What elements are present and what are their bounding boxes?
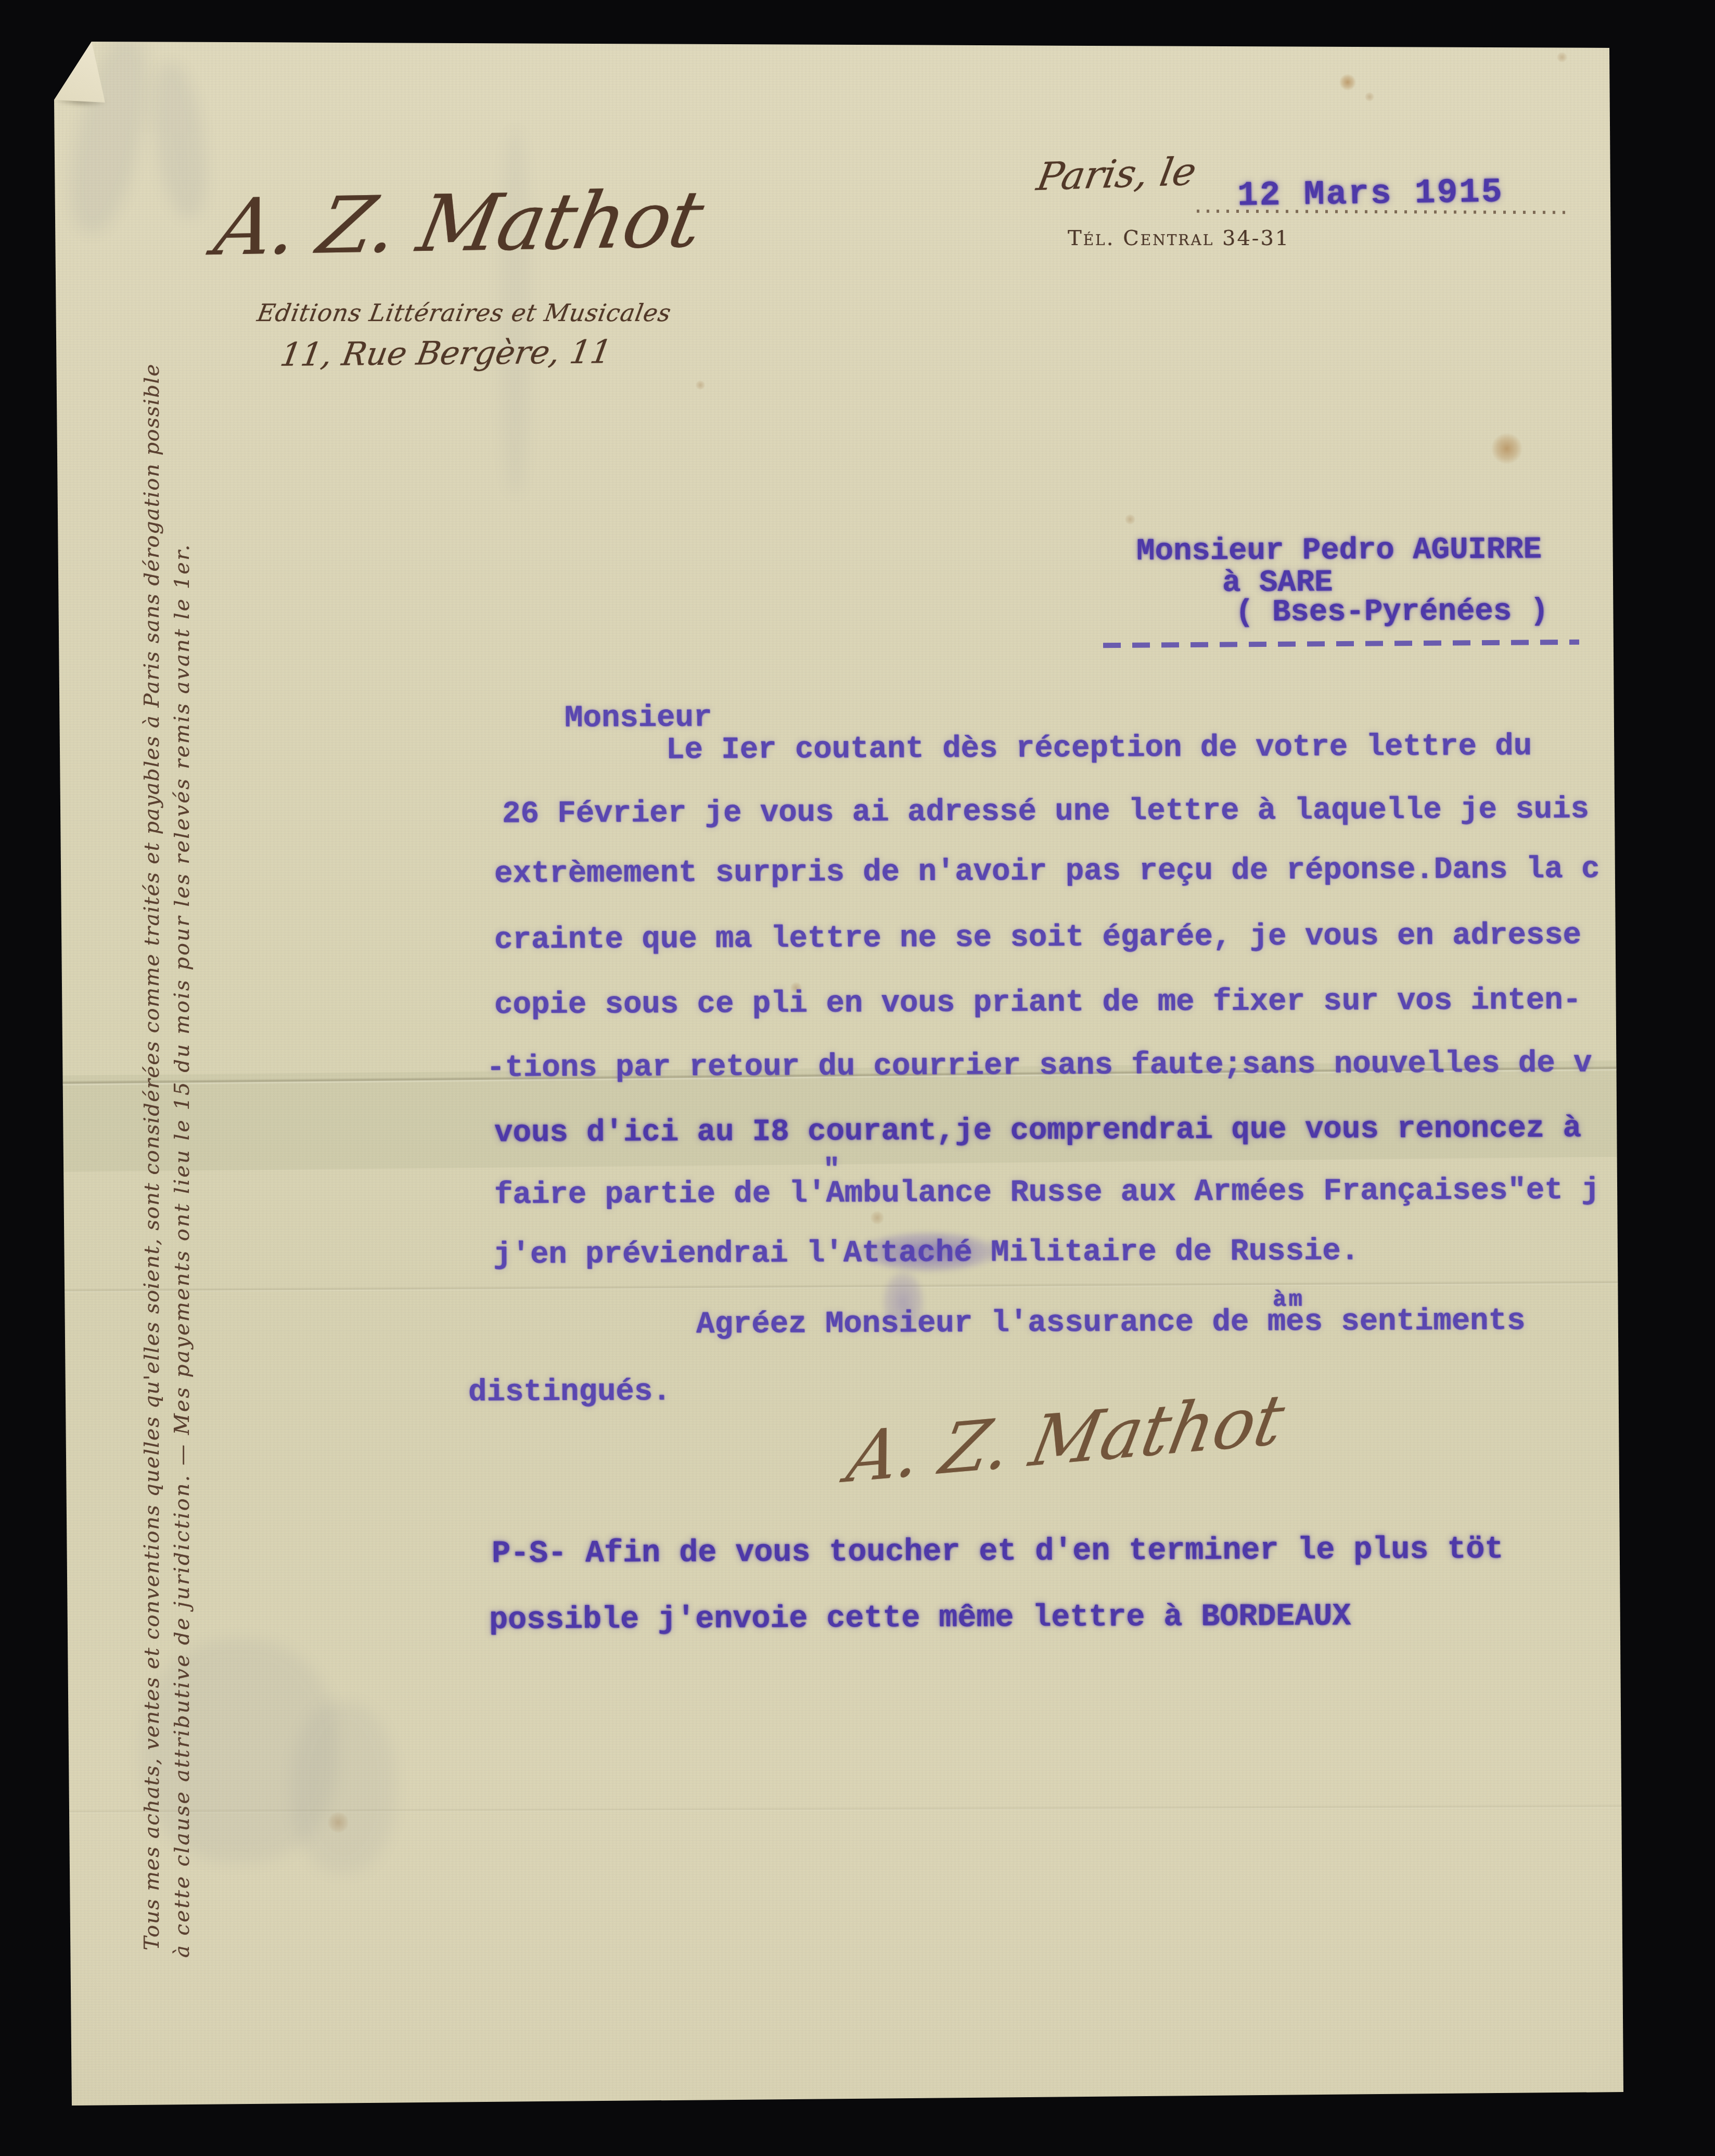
typed-line: 26 Février je vous ai adressé une lettre… xyxy=(502,794,1589,829)
typed-line: extrèmement surpris de n'avoir pas reçu … xyxy=(494,853,1600,889)
stain xyxy=(1339,74,1356,91)
postscript-line-2: possible j'envoie cette même lettre à BO… xyxy=(489,1601,1351,1636)
typed-line: Agréez Monsieur l'assurance de mes senti… xyxy=(696,1306,1526,1340)
stain xyxy=(328,1812,349,1833)
stain xyxy=(1491,433,1522,464)
stain xyxy=(696,380,705,390)
dateline-prefix: Paris, le xyxy=(1034,152,1199,196)
recipient-underline xyxy=(1103,640,1579,648)
overtype-correction: àm xyxy=(1273,1289,1304,1311)
postscript-line-1: P-S- Afin de vous toucher et d'en termin… xyxy=(492,1534,1504,1570)
recipient-city: à SARE xyxy=(1222,567,1333,598)
signature-script: A. Z. Mathot xyxy=(841,1379,1290,1499)
recipient-name: Monsieur Pedro AGUIRRE xyxy=(1136,534,1542,566)
letterhead-name: A. Z. Mathot xyxy=(209,181,709,267)
date-stamp: 12 Mars 1915 xyxy=(1237,175,1504,213)
typed-line: vous d'ici au I8 courant,je comprendrai … xyxy=(494,1113,1581,1148)
showthrough-ghost xyxy=(58,32,160,239)
quote-mark-overtype: " xyxy=(823,1156,840,1184)
showthrough-ghost xyxy=(146,60,214,221)
showthrough-ghost xyxy=(291,1702,395,1873)
typed-line: distingués. xyxy=(468,1376,671,1408)
typed-line: faire partie de l'Ambulance Russe aux Ar… xyxy=(494,1175,1600,1210)
letterhead-phone: Tél. Central 34-31 xyxy=(1068,228,1290,249)
margin-note-line-2: à cette clause attributive de juridictio… xyxy=(170,543,195,1958)
fold-crease xyxy=(0,1280,1715,1293)
typed-line: copie sous ce pli en vous priant de me f… xyxy=(494,985,1581,1020)
letterhead-tagline: Editions Littéraires et Musicales xyxy=(255,301,673,325)
typed-line: crainte que ma lettre ne se soit égarée,… xyxy=(494,920,1581,955)
ink-smudge xyxy=(843,1227,1015,1277)
typed-line: Le Ier coutant dès réception de votre le… xyxy=(666,731,1532,765)
salutation-line: Monsieur xyxy=(565,702,712,733)
paper-sheet: A. Z. Mathot Editions Littéraires et Mus… xyxy=(0,0,1715,2156)
letterhead-address: 11, Rue Bergère, 11 xyxy=(278,336,614,371)
stain xyxy=(1557,52,1567,62)
margin-note-line-1: Tous mes achats, ventes et conventions q… xyxy=(139,363,164,1950)
stain xyxy=(1365,92,1374,101)
stain xyxy=(1125,514,1135,525)
scan-background: { "letterhead": { "name": "A. Z. Mathot"… xyxy=(0,0,1715,2156)
typed-line: -tions par retour du courrier sans faute… xyxy=(487,1048,1592,1083)
recipient-department: ( Bses-Pyrénées ) xyxy=(1235,596,1548,628)
stain xyxy=(871,1211,884,1224)
ink-drip xyxy=(877,1264,929,1342)
